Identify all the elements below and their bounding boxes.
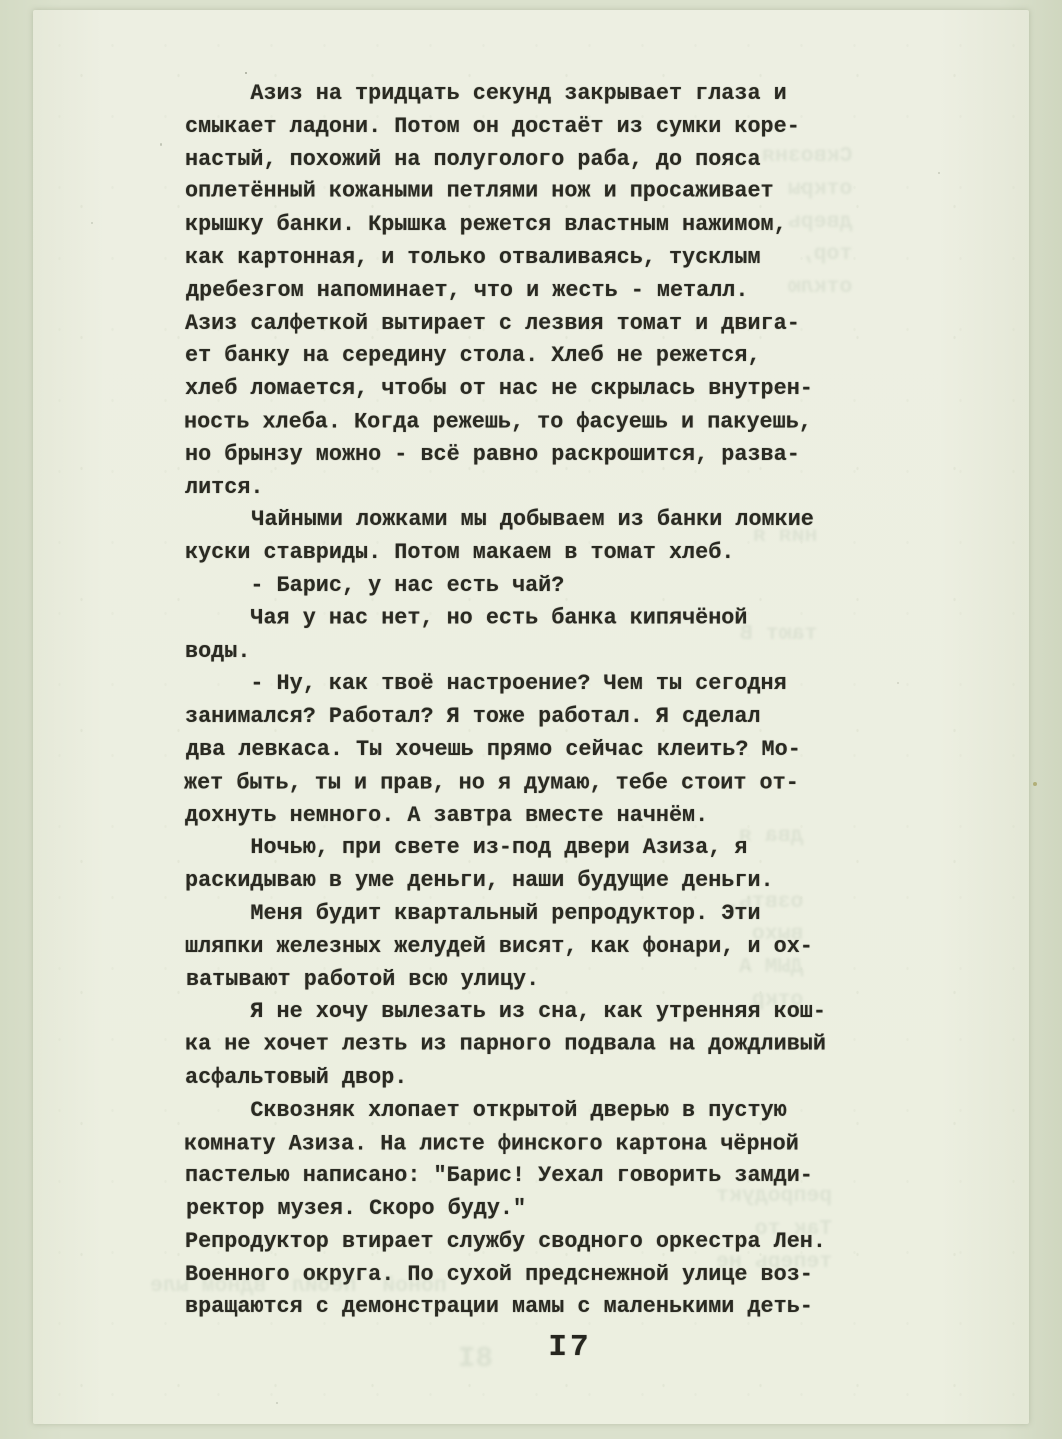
paper-speck: [160, 143, 162, 146]
text-line: Я не хочу вылезать из сна, как утренняя …: [185, 996, 885, 1029]
text-line: занимался? Работал? Я тоже работал. Я сд…: [185, 701, 885, 734]
text-line: ность хлеба. Когда режешь, то фасуешь и …: [184, 406, 884, 439]
text-line: Чая у нас нет, но есть банка кипячёной: [185, 602, 885, 635]
text-line: ка не хочет лезть из парного подвала на …: [185, 1029, 885, 1062]
text-line: Меня будит квартальный репродуктор. Эти: [185, 898, 885, 931]
text-line: как картонная, и только отваливаясь, тус…: [185, 242, 885, 275]
text-line: но брынзу можно - всё равно раскрошится,…: [185, 439, 885, 472]
text-line: Азиз на тридцать секунд закрывает глаза …: [185, 78, 885, 111]
text-line: настый, похожий на полуголого раба, до п…: [185, 144, 885, 177]
text-line: Чайными ложками мы добываем из банки лом…: [186, 504, 886, 537]
text-line: раскидываю в уме деньги, наши будущие де…: [185, 865, 885, 898]
paper-speck: [91, 222, 93, 224]
text-line: ректор музея. Скоро буду.": [186, 1193, 886, 1226]
paper-speck: [938, 172, 940, 174]
text-line: ватывают работой всю улицу.: [186, 964, 886, 997]
text-line: хлеб ломается, чтобы от нас не скрылась …: [185, 373, 885, 406]
text-line: Азиз салфеткой вытирает с лезвия томат и…: [185, 308, 885, 341]
page-number: I7: [490, 1330, 650, 1365]
text-line: воды.: [185, 636, 885, 669]
paper-speck: [245, 72, 247, 74]
scanned-page: Азиз на тридцать секунд закрывает глаза …: [33, 10, 1029, 1424]
bleed-through-page-number: 8I: [458, 1342, 493, 1375]
text-line: крышку банки. Крышка режется властным на…: [185, 209, 885, 242]
text-line: Ночью, при свете из-под двери Азиза, я: [185, 832, 885, 865]
text-line: - Ну, как твоё настроение? Чем ты сегодн…: [185, 668, 885, 701]
text-line: ет банку на середину стола. Хлеб не реже…: [185, 340, 885, 373]
text-line: пастелью написано: "Барис! Уехал говорит…: [185, 1160, 885, 1193]
text-line: - Барис, у нас есть чай?: [185, 570, 885, 603]
text-line: шляпки железных желудей висят, как фонар…: [185, 931, 885, 964]
text-line: жет быть, ты и прав, но я думаю, тебе ст…: [184, 767, 884, 800]
text-line: Сквозняк хлопает открытой дверью в пусту…: [185, 1095, 885, 1128]
text-line: смыкает ладони. Потом он достаёт из сумк…: [185, 111, 885, 144]
text-line: дребезгом напоминает, что и жесть - мета…: [186, 275, 886, 308]
text-line: комнату Азиза. На листе финского картона…: [184, 1128, 884, 1161]
text-line: лится.: [185, 472, 885, 505]
text-line: два левкаса. Ты хочешь прямо сейчас клеи…: [186, 734, 886, 767]
text-line: оплетённый кожаными петлями нож и просаж…: [185, 176, 885, 209]
text-line: Военного округа. По сухой предснежной ул…: [185, 1259, 885, 1292]
paper-speck: [276, 1402, 278, 1404]
paper-speck: [897, 682, 899, 684]
text-line: куски ставриды. Потом макаем в томат хле…: [185, 537, 885, 570]
text-line: асфальтовый двор.: [185, 1062, 885, 1095]
text-lines: Азиз на тридцать секунд закрывает глаза …: [185, 78, 885, 1324]
text-line: вращаются с демонстрации мамы с маленьки…: [185, 1291, 885, 1324]
paper-speck: [1033, 782, 1037, 786]
text-line: дохнуть немного. А завтра вместе начнём.: [185, 800, 885, 833]
text-line: Репродуктор втирает службу сводного орке…: [185, 1226, 885, 1259]
